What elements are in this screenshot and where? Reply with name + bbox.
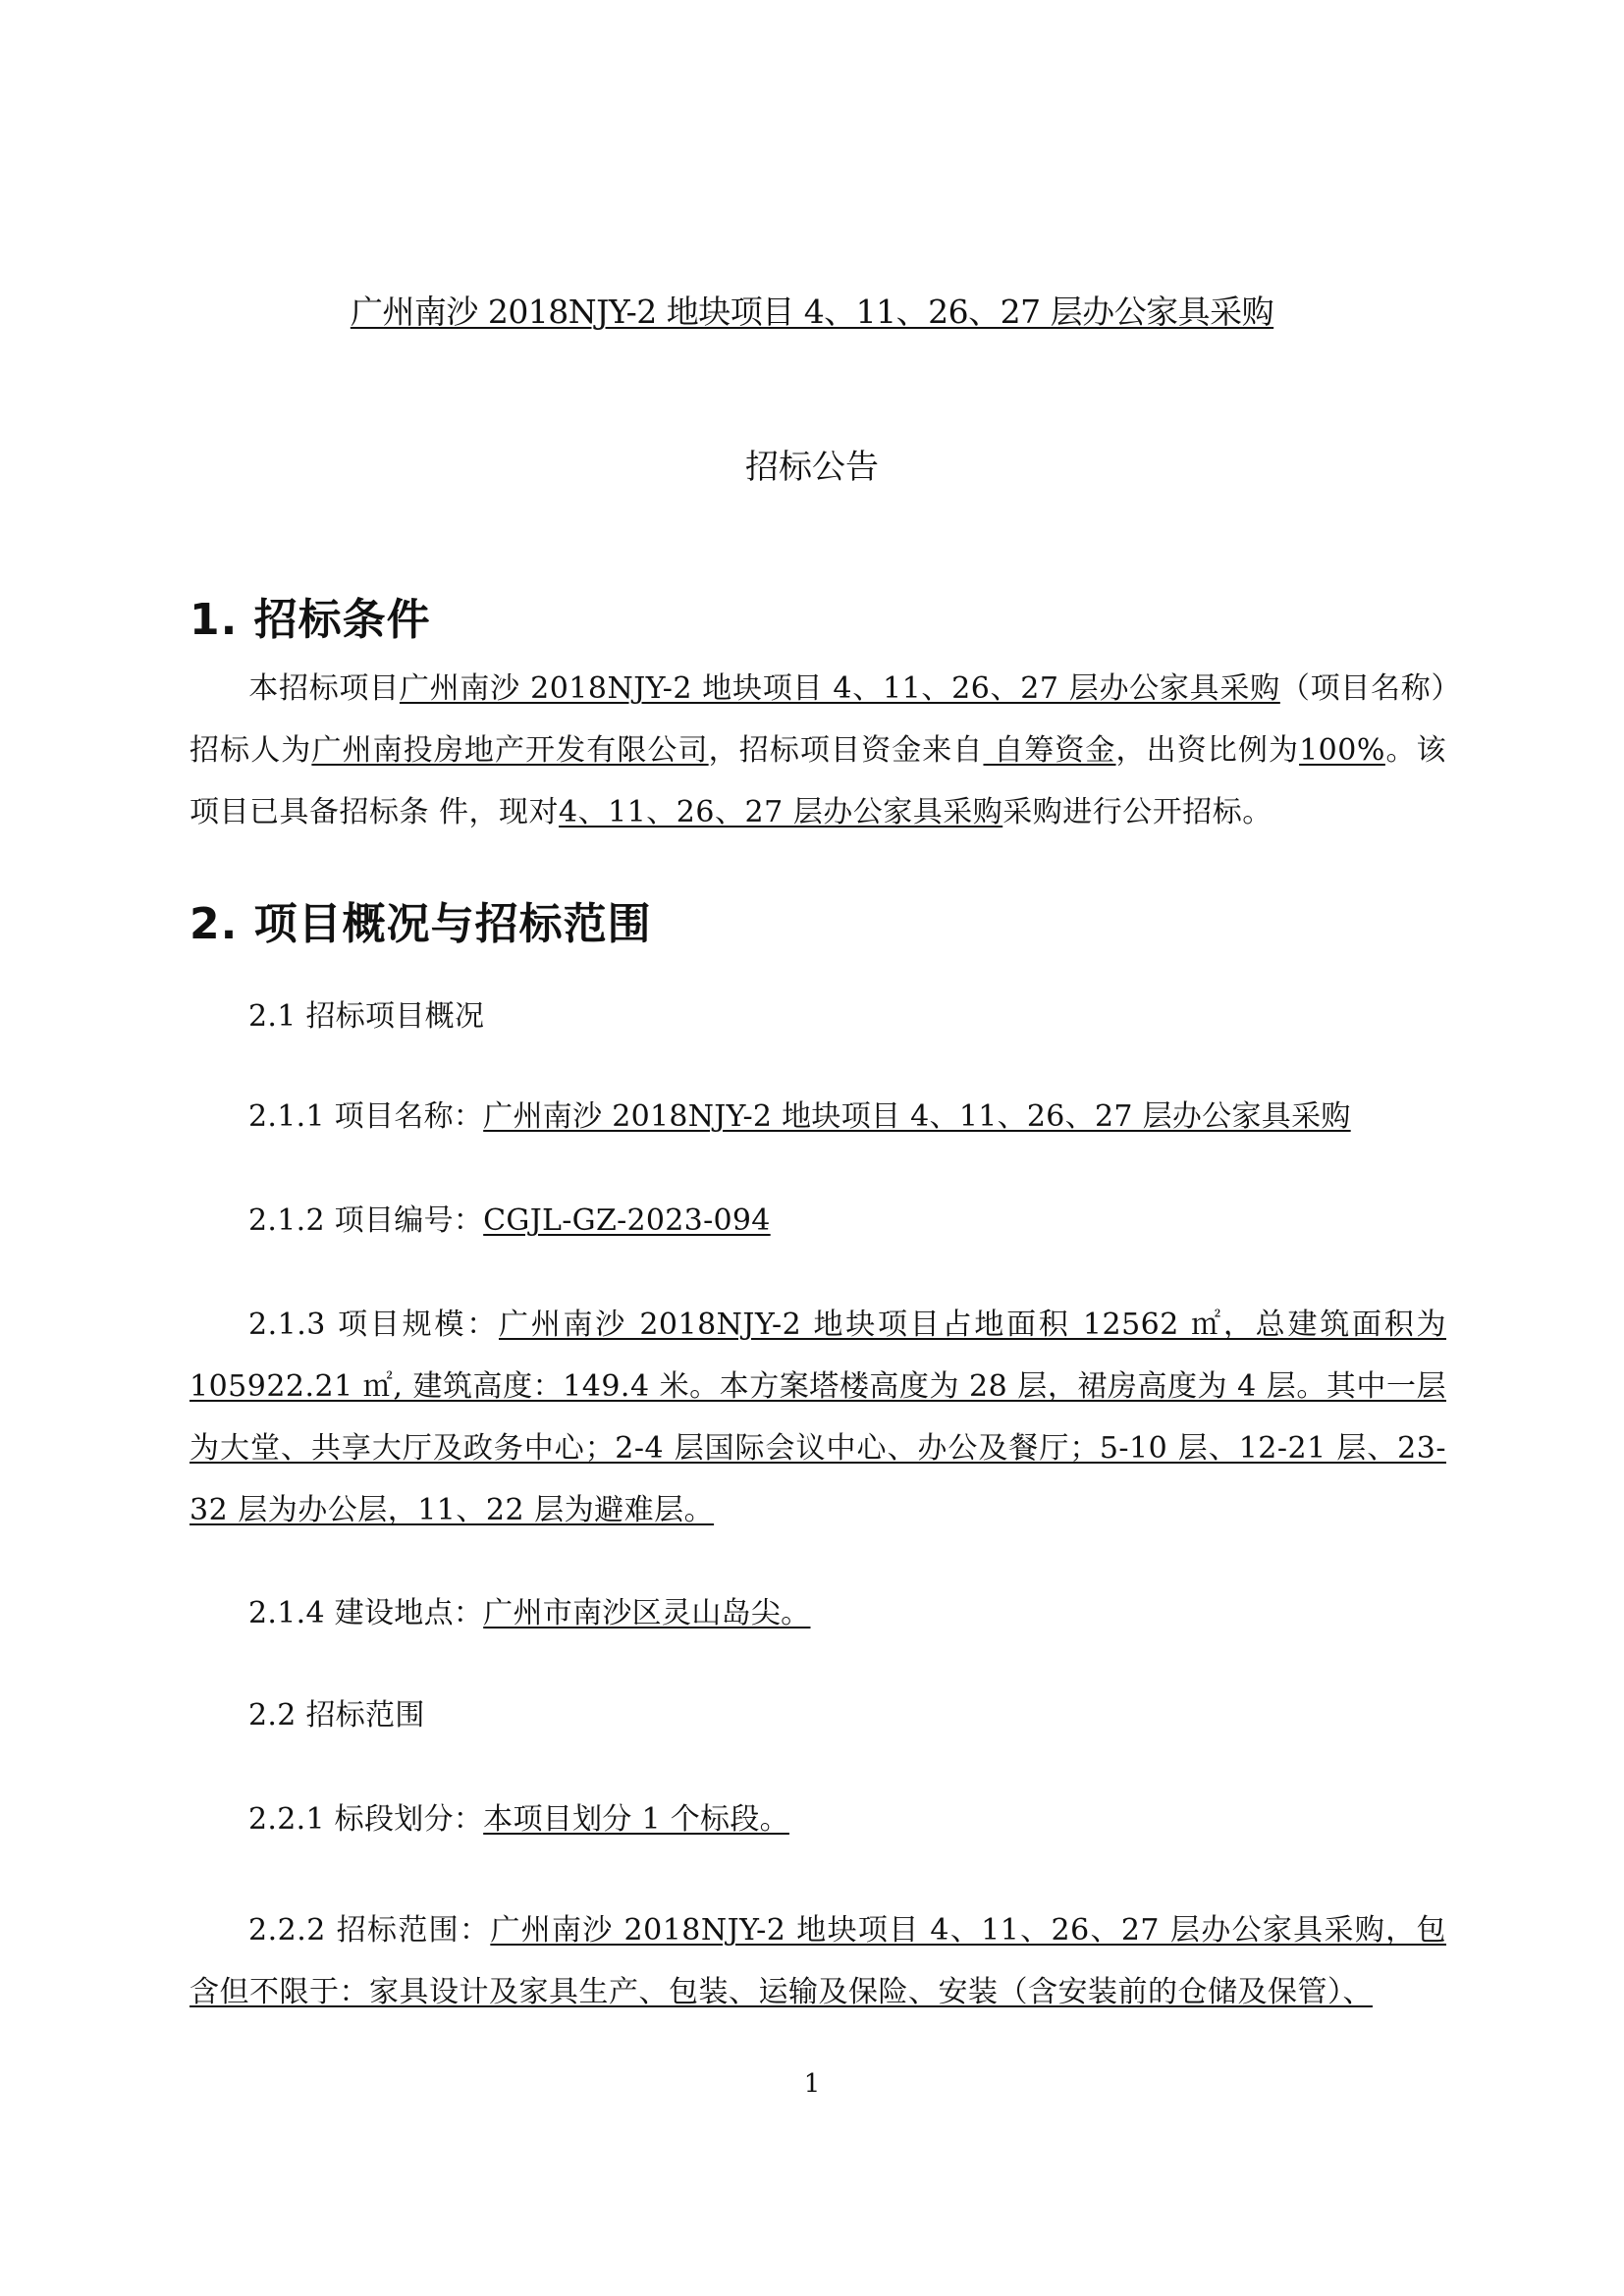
label: 2.1.3 项目规模：	[248, 1308, 499, 1342]
tenderer-name: 广州南投房地产开发有限公司	[311, 733, 708, 768]
location-value: 广州市南沙区灵山岛尖。	[483, 1596, 810, 1630]
item-2-2-1: 2.2.1 标段划分：本项目划分 1 个标段。	[248, 1794, 789, 1838]
document-subtitle: 招标公告	[0, 440, 1624, 488]
project-name-value: 广州南沙 2018NJY-2 地块项目 4、11、26、27 层办公家具采购	[483, 1099, 1351, 1134]
text: ，出资比例为	[1116, 733, 1300, 768]
subsection-2-1: 2.1 招标项目概况	[248, 991, 484, 1035]
project-number-value: CGJL-GZ-2023-094	[483, 1203, 771, 1238]
fund-source: 自筹资金	[983, 733, 1115, 768]
lot-division-value: 本项目划分 1 个标段。	[483, 1802, 789, 1837]
label: 2.2.2 招标范围：	[248, 1913, 490, 1948]
label: 2.1.4 建设地点：	[248, 1596, 483, 1630]
document-page: 广州南沙 2018NJY-2 地块项目 4、11、26、27 层办公家具采购 招…	[0, 0, 1624, 2296]
item-2-1-2: 2.1.2 项目编号：CGJL-GZ-2023-094	[248, 1196, 771, 1239]
item-2-2-2: 2.2.2 招标范围：广州南沙 2018NJY-2 地块项目 4、11、26、2…	[189, 1899, 1446, 2023]
label: 2.2.1 标段划分：	[248, 1802, 483, 1837]
text: ，招标项目资金来自	[709, 733, 984, 768]
section-2-heading: 2. 项目概况与招标范围	[189, 888, 652, 951]
fund-ratio: 100%	[1299, 733, 1385, 768]
item-2-1-1: 2.1.1 项目名称：广州南沙 2018NJY-2 地块项目 4、11、26、2…	[248, 1092, 1351, 1135]
subsection-2-2: 2.2 招标范围	[248, 1690, 425, 1734]
item-2-1-3: 2.1.3 项目规模：广州南沙 2018NJY-2 地块项目占地面积 12562…	[189, 1294, 1446, 1541]
section-1-heading: 1. 招标条件	[189, 584, 431, 647]
text: 本招标项目	[248, 671, 400, 706]
label: 2.1.1 项目名称：	[248, 1099, 483, 1134]
document-title: 广州南沙 2018NJY-2 地块项目 4、11、26、27 层办公家具采购	[0, 287, 1624, 333]
section-1-paragraph: 本招标项目广州南沙 2018NJY-2 地块项目 4、11、26、27 层办公家…	[189, 658, 1446, 843]
procurement-scope: 4、11、26、27 层办公家具采购	[559, 795, 1002, 829]
page-number: 1	[0, 2069, 1624, 2099]
label: 2.1.2 项目编号：	[248, 1203, 483, 1238]
text: 采购进行公开招标。	[1002, 795, 1272, 829]
project-name: 广州南沙 2018NJY-2 地块项目 4、11、26、27 层办公家具采购	[400, 671, 1280, 706]
item-2-1-4: 2.1.4 建设地点：广州市南沙区灵山岛尖。	[248, 1588, 810, 1631]
